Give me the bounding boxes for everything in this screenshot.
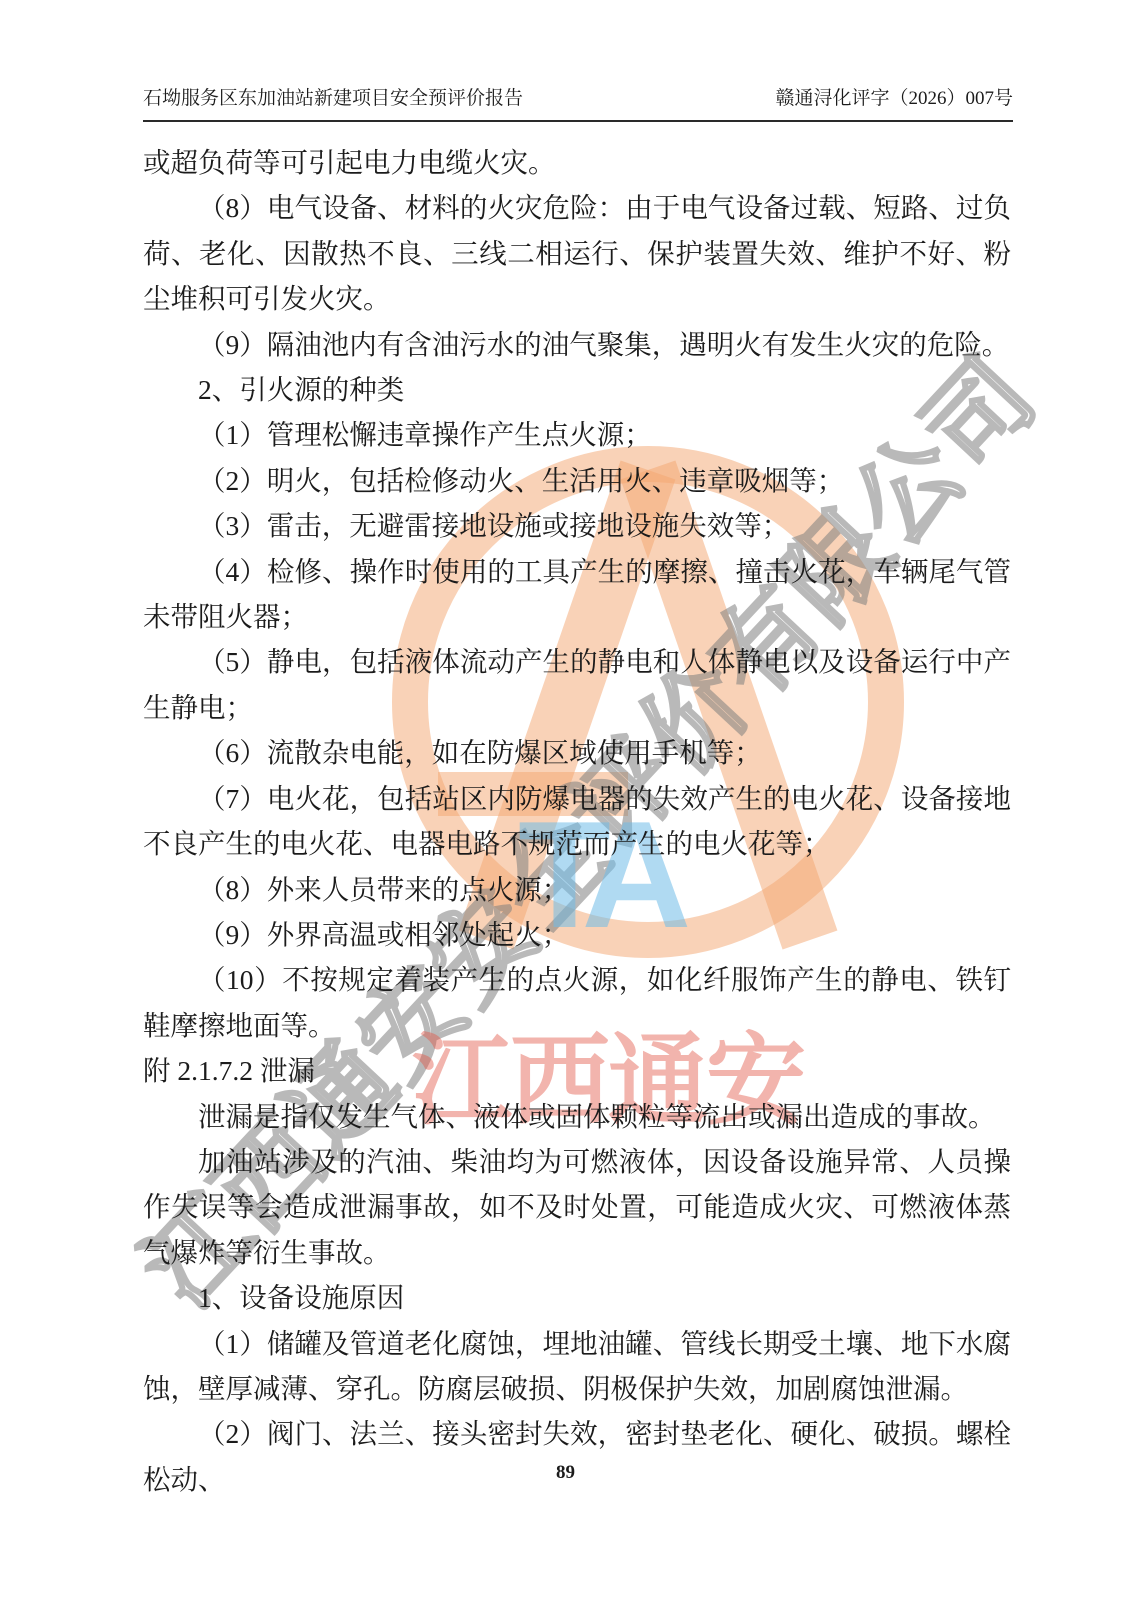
- body-paragraph: （10）不按规定着装产生的点火源，如化纤服饰产生的静电、铁钉鞋摩擦地面等。: [143, 957, 1011, 1048]
- page-number: 89: [556, 1462, 575, 1483]
- body-paragraph: 附 2.1.7.2 泄漏: [143, 1048, 1011, 1093]
- body-paragraph: （1）储罐及管道老化腐蚀，埋地油罐、管线长期受土壤、地下水腐蚀，壁厚减薄、穿孔。…: [143, 1321, 1011, 1412]
- body-paragraph: （3）雷击，无避雷接地设施或接地设施失效等；: [143, 503, 1011, 548]
- page-footer: 89: [0, 1462, 1131, 1484]
- body-paragraph: 2、引火源的种类: [143, 367, 1011, 412]
- body-paragraph: 或超负荷等可引起电力电缆火灾。: [143, 140, 1011, 185]
- body-paragraph: （5）静电，包括液体流动产生的静电和人体静电以及设备运行中产生静电；: [143, 639, 1011, 730]
- page-header: 石坳服务区东加油站新建项目安全预评价报告 赣通浔化评字（2026）007号: [143, 86, 1013, 122]
- body-paragraph: （4）检修、操作时使用的工具产生的摩擦、撞击火花，车辆尾气管未带阻火器；: [143, 549, 1011, 640]
- body-paragraph: （7）电火花，包括站区内防爆电器的失效产生的电火花、设备接地不良产生的电火花、电…: [143, 776, 1011, 867]
- body-paragraph: （8）外来人员带来的点火源；: [143, 867, 1011, 912]
- body-paragraph: （2）明火，包括检修动火、生活用火、违章吸烟等；: [143, 458, 1011, 503]
- document-page: 江西通安安全评价有限公司 TA 江西通安 石坳服务区东加油站新建项目安全预评价报…: [0, 0, 1131, 1600]
- header-document-number: 赣通浔化评字（2026）007号: [775, 86, 1013, 112]
- header-report-title: 石坳服务区东加油站新建项目安全预评价报告: [143, 86, 523, 112]
- body-paragraph: （8）电气设备、材料的火灾危险：由于电气设备过载、短路、过负荷、老化、因散热不良…: [143, 185, 1011, 321]
- body-paragraph: （6）流散杂电能，如在防爆区域使用手机等；: [143, 730, 1011, 775]
- body-text: 或超负荷等可引起电力电缆火灾。（8）电气设备、材料的火灾危险：由于电气设备过载、…: [143, 140, 1011, 1502]
- body-paragraph: （9）隔油池内有含油污水的油气聚集，遇明火有发生火灾的危险。: [143, 322, 1011, 367]
- body-paragraph: （1）管理松懈违章操作产生点火源；: [143, 412, 1011, 457]
- body-paragraph: 加油站涉及的汽油、柴油均为可燃液体，因设备设施异常、人员操作失误等会造成泄漏事故…: [143, 1139, 1011, 1275]
- body-paragraph: （9）外界高温或相邻处起火；: [143, 912, 1011, 957]
- body-paragraph: 1、设备设施原因: [143, 1275, 1011, 1320]
- body-paragraph: 泄漏是指仅发生气体、液体或固体颗粒等流出或漏出造成的事故。: [143, 1094, 1011, 1139]
- body-paragraph: （2）阀门、法兰、接头密封失效，密封垫老化、硬化、破损。螺栓松动、: [143, 1411, 1011, 1502]
